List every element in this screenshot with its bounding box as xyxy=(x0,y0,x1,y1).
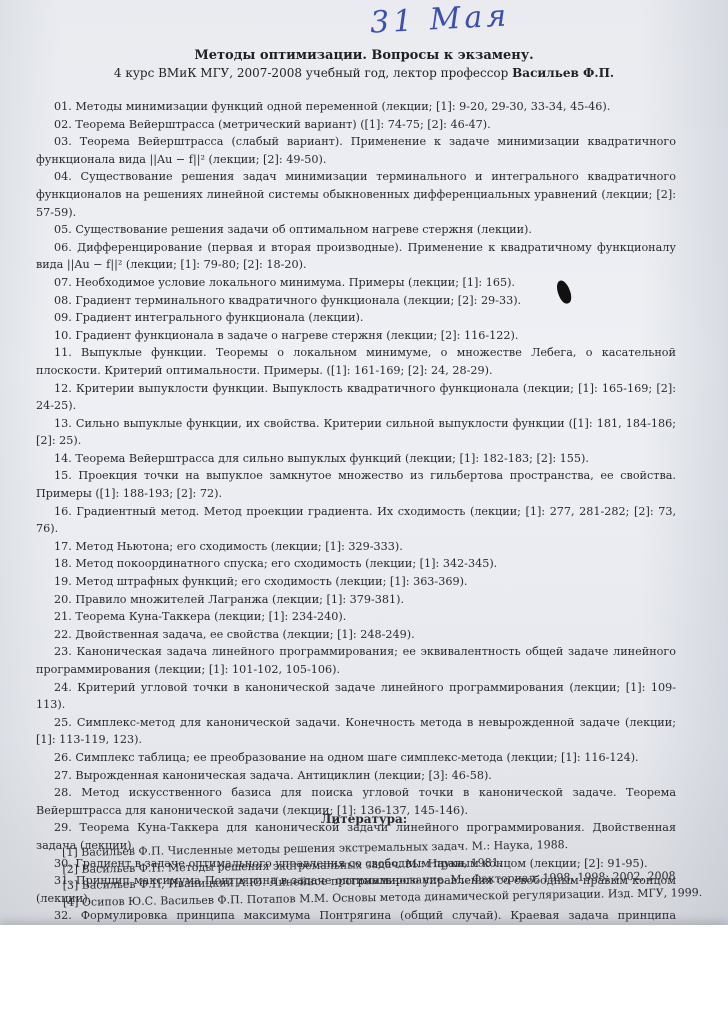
question-item: 22. Двойственная задача, ее свойства (ле… xyxy=(36,626,676,644)
question-item: 03. Теорема Вейерштрасса (слабый вариант… xyxy=(36,133,676,168)
handwritten-date-note: 31 Мая xyxy=(369,0,511,41)
question-item: 23. Каноническая задача линейного програ… xyxy=(36,643,676,678)
exam-questions-sheet: 31 Мая Методы оптимизации. Вопросы к экз… xyxy=(0,0,728,925)
question-item: 25. Симплекс-метод для канонической зада… xyxy=(36,714,676,749)
question-item: 21. Теорема Куна-Таккера (лекции; [1]: 2… xyxy=(36,608,676,626)
question-item: 27. Вырожденная каноническая задача. Ант… xyxy=(36,767,676,785)
question-item: 07. Необходимое условие локального миним… xyxy=(36,274,676,292)
question-item: 17. Метод Ньютона; его сходимость (лекци… xyxy=(36,538,676,556)
question-item: 11. Выпуклые функции. Теоремы о локально… xyxy=(36,344,676,379)
question-item: 08. Градиент терминального квадратичного… xyxy=(36,292,676,310)
question-item: 26. Симплекс таблица; ее преобразование … xyxy=(36,749,676,767)
question-item: 12. Критерии выпуклости функции. Выпукло… xyxy=(36,380,676,415)
question-item: 05. Существование решения задачи об опти… xyxy=(36,221,676,239)
question-item: 19. Метод штрафных функций; его сходимос… xyxy=(36,573,676,591)
question-item: 24. Критерий угловой точки в каноническо… xyxy=(36,679,676,714)
literature-title: Литература: xyxy=(0,812,728,826)
document-subtitle: 4 курс ВМиК МГУ, 2007-2008 учебный год, … xyxy=(0,66,728,80)
question-item: 16. Градиентный метод. Метод проекции гр… xyxy=(36,503,676,538)
question-item: 06. Дифференцирование (первая и вторая п… xyxy=(36,239,676,274)
literature-list: [1] Васильев Ф.П. Численные методы решен… xyxy=(62,835,683,911)
question-item: 04. Существование решения задач минимиза… xyxy=(36,168,676,221)
question-item: 10. Градиент функционала в задаче о нагр… xyxy=(36,327,676,345)
question-item: 13. Сильно выпуклые функции, их свойства… xyxy=(36,415,676,450)
blank-bottom-area xyxy=(0,925,728,1021)
document-title: Методы оптимизации. Вопросы к экзамену. xyxy=(0,48,728,63)
question-item: 09. Градиент интегрального функционала (… xyxy=(36,309,676,327)
question-item: 18. Метод покоординатного спуска; его сх… xyxy=(36,555,676,573)
question-item: 02. Теорема Вейерштрасса (метрический ва… xyxy=(36,116,676,134)
question-item: 01. Методы минимизации функций одной пер… xyxy=(36,98,676,116)
question-item: 20. Правило множителей Лагранжа (лекции;… xyxy=(36,591,676,609)
subtitle-course-info: 4 курс ВМиК МГУ, 2007-2008 учебный год, … xyxy=(114,66,512,80)
question-item: 15. Проекция точки на выпуклое замкнутое… xyxy=(36,467,676,502)
question-item: 14. Теорема Вейерштрасса для сильно выпу… xyxy=(36,450,676,468)
subtitle-lecturer: Васильев Ф.П. xyxy=(512,66,614,80)
